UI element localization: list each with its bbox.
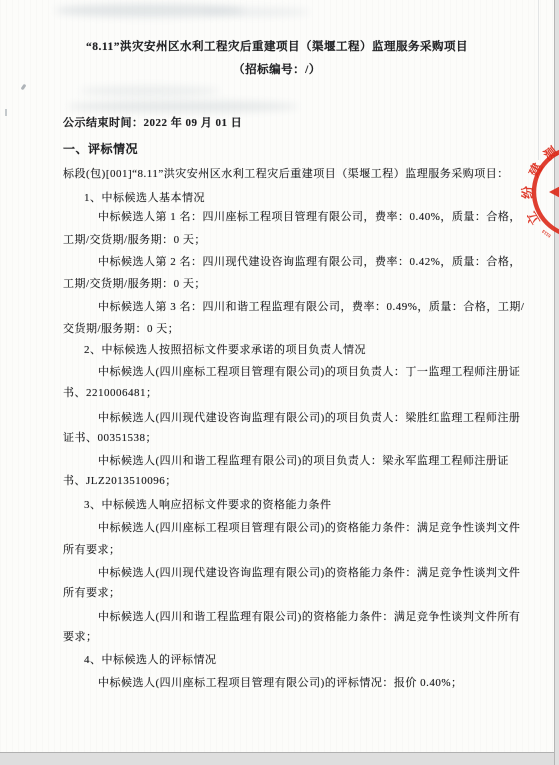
scan-edge-bottom	[0, 752, 554, 765]
ink-speck	[21, 84, 27, 91]
seal-character: 纷	[520, 186, 535, 199]
doc-line: 工期/交货期/服务期：0 天；	[63, 231, 206, 247]
ink-speck	[5, 109, 7, 116]
official-seal: 测 建 纷 立 5113	[508, 138, 559, 253]
doc-line: 中标候选人(四川现代建设咨询监理有限公司)的项目负责人：梁胜红监理工程师注册	[98, 409, 520, 425]
scanned-document-screenshot: { "document": { "title_line1": "“8.11”洪灾…	[0, 0, 559, 765]
doc-line: 3、中标候选人响应招标文件要求的资格能力条件	[84, 496, 332, 512]
bleedthrough-smudge	[80, 86, 220, 96]
doc-subtitle: （招标编号：/）	[0, 61, 554, 77]
scanned-page: “8.11”洪灾安州区水利工程灾后重建项目（渠堰工程）监理服务采购项目 （招标编…	[0, 0, 554, 752]
doc-line: 工期/交货期/服务期：0 天；	[63, 275, 206, 291]
doc-line: 书、2210006481；	[63, 384, 158, 400]
doc-line: 中标候选人第 2 名：四川现代建设咨询监理有限公司，费率：0.42%，质量：合格…	[98, 253, 521, 269]
scan-edge-right	[554, 0, 559, 765]
doc-line: 中标候选人(四川座标工程项目管理有限公司)的项目负责人：丁一监理工程师注册证	[98, 363, 520, 379]
doc-line: 中标候选人(四川和谐工程监理有限公司)的资格能力条件：满足竞争性谈判文件所有	[98, 608, 520, 624]
doc-line: 中标候选人(四川座标工程项目管理有限公司)的评标情况：报价 0.40%；	[98, 674, 463, 690]
doc-line: 交货期/服务期：0 天；	[63, 320, 179, 336]
paper-crease	[538, 0, 539, 160]
doc-line: 所有要求；	[63, 584, 121, 600]
publicity-end-time: 公示结束时间：2022 年 09 月 01 日	[63, 114, 242, 130]
bleedthrough-smudge	[68, 101, 298, 112]
doc-line: 要求；	[63, 628, 98, 644]
seal-character: 测	[541, 144, 559, 164]
doc-line: 书、JLZ2013510096；	[63, 472, 177, 488]
doc-line: 所有要求；	[63, 541, 121, 557]
section-heading-evaluation: 一、评标情况	[63, 140, 138, 157]
doc-line: 证书、00351538；	[63, 429, 157, 445]
doc-line: 标段(包)[001]“8.11”洪灾安州区水利工程灾后重建项目（渠堰工程）监理服…	[63, 165, 509, 181]
doc-line: 中标候选人(四川现代建设咨询监理有限公司)的资格能力条件：满足竞争性谈判文件	[98, 564, 520, 580]
seal-serial: 5113	[541, 228, 552, 238]
bleedthrough-smudge	[200, 8, 310, 16]
doc-line: 2、中标候选人按照招标文件要求承诺的项目负责人情况	[84, 341, 366, 357]
doc-line: 中标候选人(四川座标工程项目管理有限公司)的资格能力条件：满足竞争性谈判文件	[98, 519, 520, 535]
doc-title: “8.11”洪灾安州区水利工程灾后重建项目（渠堰工程）监理服务采购项目	[0, 38, 554, 54]
doc-line: 中标候选人第 3 名：四川和谐工程监理有限公司，费率：0.49%，质量：合格，工…	[98, 298, 524, 314]
doc-line: 1、中标候选人基本情况	[84, 189, 205, 205]
doc-line: 中标候选人第 1 名：四川座标工程项目管理有限公司，费率：0.40%，质量：合格…	[98, 208, 521, 224]
doc-line: 4、中标候选人的评标情况	[84, 651, 217, 667]
doc-line: 中标候选人(四川和谐工程监理有限公司)的项目负责人：梁永军监理工程师注册证	[98, 452, 509, 468]
seal-star-fragment	[549, 183, 559, 201]
